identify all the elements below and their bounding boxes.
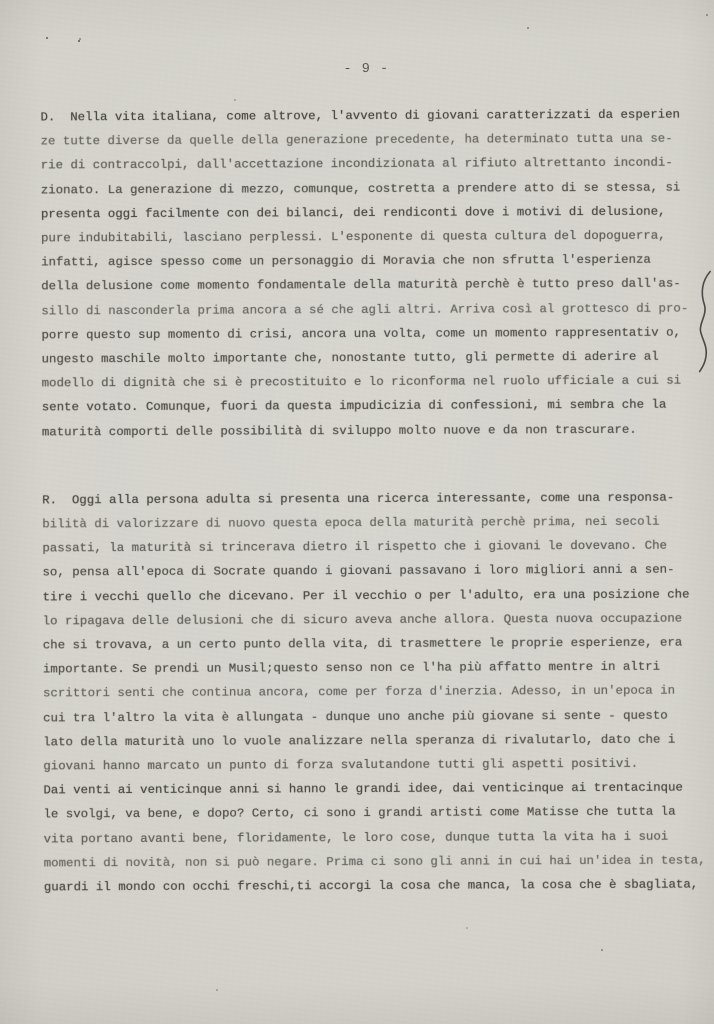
- typewritten-content: - 9 - D. Nella vita italiana, come altro…: [40, 0, 692, 1]
- text-line: modello di dignità che si è precostituit…: [42, 369, 694, 396]
- text-line: tire i vecchi quello che dicevano. Per i…: [43, 582, 695, 609]
- text-line: cui tra l'altro la vita è allungata - du…: [43, 703, 695, 730]
- text-line: momenti di novità, non si può negare. Pr…: [44, 848, 696, 875]
- text-line: scrittori senti che continua ancora, com…: [43, 679, 695, 706]
- text-line: passati, la maturità si trincerava dietr…: [42, 534, 694, 561]
- scanned-page: - 9 - D. Nella vita italiana, come altro…: [0, 0, 714, 1024]
- text-line: della delusione come momento fondamental…: [41, 272, 693, 299]
- text-line: ze tutte diverse da quelle della generaz…: [41, 127, 693, 154]
- text-line: so, pensa all'epoca di Socrate quando i …: [42, 558, 694, 585]
- text-line: pure indubitabili, lasciano perplessi. L…: [41, 224, 693, 251]
- text-line: lo ripagava delle delusioni che di sicur…: [43, 606, 695, 633]
- paragraph-d: D. Nella vita italiana, come altrove, l'…: [40, 103, 693, 445]
- text-line: giovani hanno marcato un punto di forza …: [43, 752, 695, 779]
- text-line: importante. Se prendi un Musil;questo se…: [43, 655, 695, 682]
- paragraph-r: R. Oggi alla persona adulta si presenta …: [42, 485, 696, 899]
- text-line: presenta oggi facilmente con dei bilanci…: [41, 199, 693, 226]
- text-line: vita portano avanti bene, floridamente, …: [44, 824, 696, 851]
- text-line: lato della maturità uno lo vuole analizz…: [43, 727, 695, 754]
- page-number: - 9 -: [40, 61, 692, 79]
- handwritten-brace-icon: [696, 270, 714, 372]
- text-line: porre questo sup momento di crisi, ancor…: [41, 320, 693, 347]
- text-line: sillo di nasconderla prima ancora a sé c…: [41, 296, 693, 323]
- text-line: rie di contraccolpi, dall'accettazione i…: [41, 151, 693, 178]
- text-line: bilità di valorizzare di nuovo questa ep…: [42, 510, 694, 537]
- text-line: maturità comporti delle possibilità di s…: [42, 417, 694, 444]
- text-line: guardi il mondo con occhi freschi,ti acc…: [44, 873, 696, 900]
- text-line: R. Oggi alla persona adulta si presenta …: [42, 485, 694, 512]
- text-line: D. Nella vita italiana, come altrove, l'…: [40, 103, 692, 130]
- text-line: ungesto maschile molto importante che, n…: [42, 345, 694, 372]
- text-line: Dai venti ai venticinque anni si hanno l…: [43, 776, 695, 803]
- text-line: che si trovava, a un certo punto della v…: [43, 631, 695, 658]
- text-line: infatti, agisce spesso come un personagg…: [41, 248, 693, 275]
- document-body: D. Nella vita italiana, come altrove, l'…: [40, 103, 695, 900]
- text-line: le svolgi, va bene, e dopo? Certo, ci so…: [44, 800, 696, 827]
- paper-specks: [46, 37, 48, 39]
- text-line: sente votato. Comunque, fuori da questa …: [42, 393, 694, 420]
- text-line: zionato. La generazione di mezzo, comunq…: [41, 175, 693, 202]
